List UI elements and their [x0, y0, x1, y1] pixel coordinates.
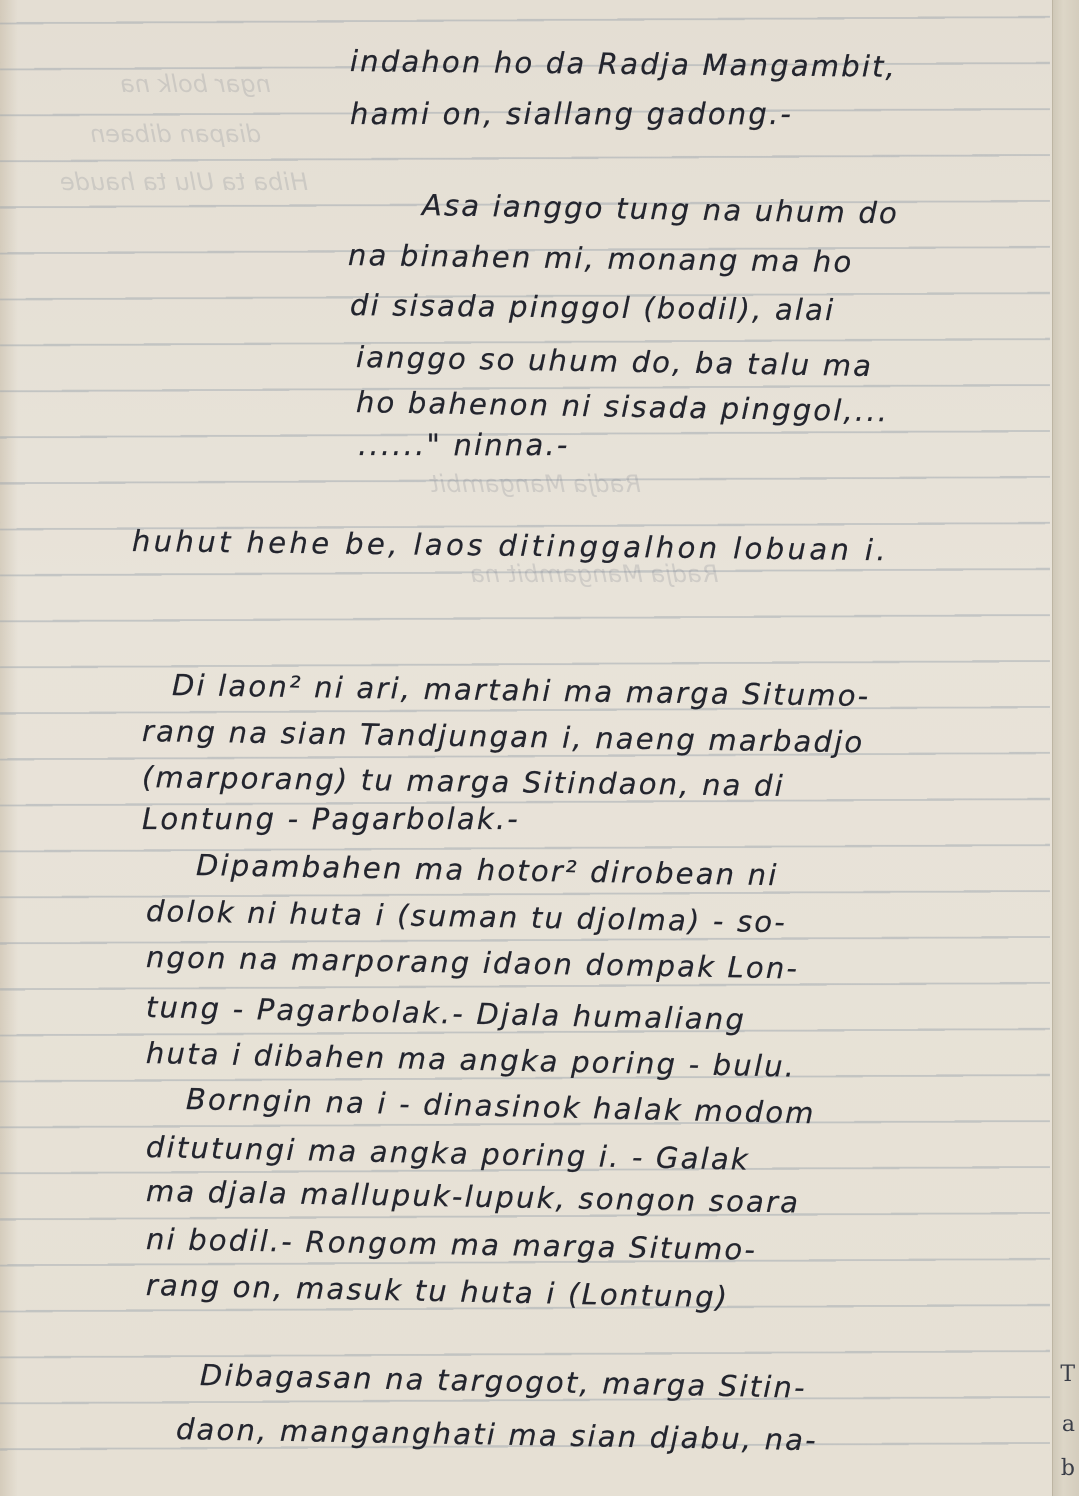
bleed-through-text: diapan dibaen — [90, 120, 261, 148]
edge-mark: b — [1061, 1456, 1075, 1481]
next-page-edge: T a b — [1052, 0, 1079, 1496]
handwritten-line: hami on, siallang gadong.- — [350, 97, 793, 131]
handwritten-line: Lontung - Pagarbolak.- — [142, 802, 520, 836]
edge-mark: T — [1060, 1362, 1075, 1387]
handwritten-line: na binahen mi, monang ma ho — [348, 238, 854, 279]
bleed-through-text: ngar bolk na — [120, 70, 271, 98]
bleed-through-text: Hiba ta Ulu ta haude — [60, 168, 308, 196]
edge-mark: a — [1062, 1412, 1075, 1437]
handwritten-line: di sisada pinggol (bodil), alai — [350, 288, 836, 327]
bleed-through-text: Radja Mangambit — [430, 470, 641, 498]
notebook-page: ngar bolk na diapan dibaen Hiba ta Ulu t… — [0, 0, 1079, 1496]
handwritten-line: ......" ninna.- — [358, 428, 570, 462]
handwritten-line: indahon ho da Radja Mangambit, — [350, 44, 897, 84]
